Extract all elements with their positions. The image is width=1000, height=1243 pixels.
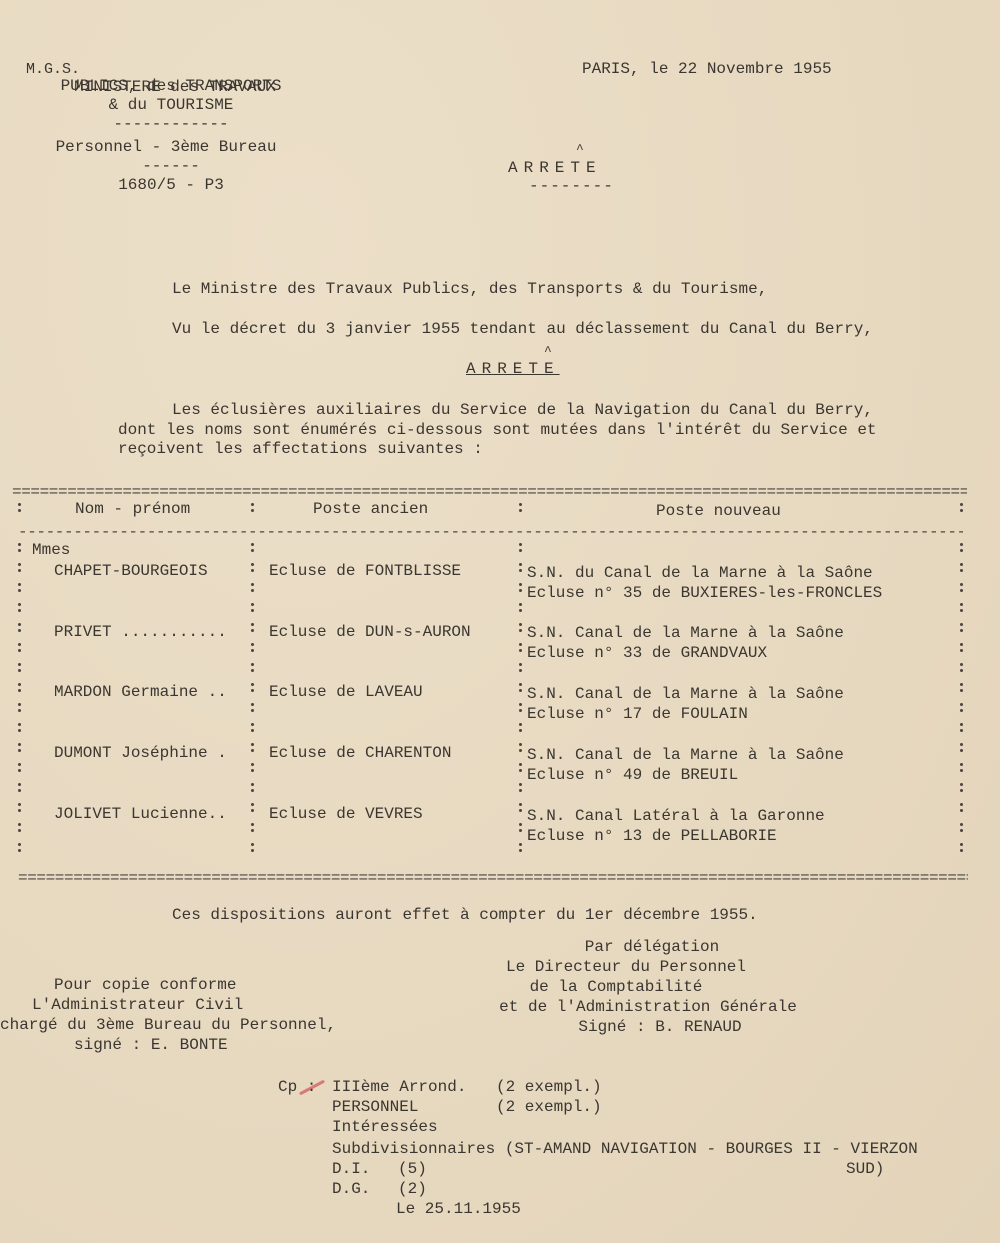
separator-dot xyxy=(251,569,254,572)
separator-dot xyxy=(18,769,21,772)
separator-dot xyxy=(18,703,21,706)
separator-dot xyxy=(18,689,21,692)
separator-dot xyxy=(519,663,522,666)
row-new-post-line-2: Ecluse n° 33 de GRANDVAUX xyxy=(527,643,767,663)
separator-dot xyxy=(960,663,963,666)
separator-dot xyxy=(960,723,963,726)
document-page: M.G.S. MINISTERE des TRAVAUX PUBLICS, de… xyxy=(0,0,1000,1243)
separator-dot xyxy=(519,689,522,692)
separator-dot xyxy=(960,629,963,632)
signature-right-line-3: de la Comptabilité xyxy=(416,977,816,997)
separator-dot xyxy=(960,783,963,786)
separator-dot xyxy=(18,549,21,552)
separator-dot xyxy=(251,503,254,506)
separator-dot xyxy=(18,503,21,506)
department-label: Personnel - 3ème Bureau xyxy=(25,137,307,157)
separator-dot xyxy=(251,729,254,732)
separator-dot xyxy=(251,749,254,752)
place-and-date: PARIS, le 22 Novembre 1955 xyxy=(582,59,832,79)
column-header-old-post: Poste ancien xyxy=(313,499,428,519)
row-name: JOLIVET Lucienne.. xyxy=(54,804,227,824)
separator-dot xyxy=(519,743,522,746)
separator-dot xyxy=(519,829,522,832)
separator-dot xyxy=(18,623,21,626)
separator-dot xyxy=(251,789,254,792)
copies-count-1: (2 exempl.) xyxy=(496,1077,602,1097)
separator-dot xyxy=(519,789,522,792)
separator-dot xyxy=(519,623,522,626)
column-header-new-post: Poste nouveau xyxy=(656,501,781,521)
signature-left-line-1: Pour copie conforme xyxy=(54,975,236,995)
row-old-post: Ecluse de FONTBLISSE xyxy=(269,561,461,581)
separator-dot xyxy=(251,843,254,846)
row-name: DUMONT Joséphine . xyxy=(54,743,227,763)
separator-dot xyxy=(251,609,254,612)
preamble: Le Ministre des Travaux Publics, des Tra… xyxy=(172,279,767,299)
separator-dot xyxy=(960,589,963,592)
separator-dot xyxy=(960,549,963,552)
column-header-name: Nom - prénom xyxy=(75,499,190,519)
separator-dot xyxy=(519,649,522,652)
separator-dot xyxy=(519,543,522,546)
row-new-post-line-2: Ecluse n° 13 de PELLABORIE xyxy=(527,826,777,846)
separator-dot xyxy=(960,543,963,546)
document-type: ARRETE xyxy=(508,158,602,178)
separator-dot xyxy=(251,689,254,692)
separator-dot xyxy=(960,603,963,606)
separator-dot xyxy=(960,849,963,852)
copies-label: Cp : xyxy=(278,1077,316,1097)
separator-dot xyxy=(251,809,254,812)
separator-dot xyxy=(251,763,254,766)
separator-dot xyxy=(251,549,254,552)
considering-clause: Vu le décret du 3 janvier 1955 tendant a… xyxy=(172,319,873,339)
separator-dot xyxy=(18,809,21,812)
separator-dot xyxy=(18,729,21,732)
effective-date-statement: Ces dispositions auront effet à compter … xyxy=(172,905,758,925)
separator-dot xyxy=(960,823,963,826)
separator-dot xyxy=(251,803,254,806)
separator-dot xyxy=(18,683,21,686)
separator-dot xyxy=(18,609,21,612)
separator-dot xyxy=(251,829,254,832)
separator-dot xyxy=(960,709,963,712)
row-old-post: Ecluse de VEVRES xyxy=(269,804,423,824)
separator-dot xyxy=(251,723,254,726)
row-old-post: Ecluse de LAVEAU xyxy=(269,682,423,702)
row-old-post: Ecluse de CHARENTON xyxy=(269,743,451,763)
separator-dot xyxy=(960,689,963,692)
separator-dot xyxy=(18,789,21,792)
signature-right-line-2: Le Directeur du Personnel xyxy=(426,957,826,977)
separator-dot xyxy=(960,563,963,566)
copies-date: Le 25.11.1955 xyxy=(396,1199,521,1219)
row-name: PRIVET ........... xyxy=(54,622,227,642)
separator-dot xyxy=(251,769,254,772)
separator-dot xyxy=(960,643,963,646)
row-new-post-line-1: S.N. Canal Latéral à la Garonne xyxy=(527,806,825,826)
separator-dot xyxy=(960,763,963,766)
separator-dot xyxy=(960,803,963,806)
separator-dot xyxy=(960,843,963,846)
separator-dot xyxy=(960,809,963,812)
decree-heading: ARRETE xyxy=(466,359,560,379)
separator-dot xyxy=(519,643,522,646)
reference-number: 1680/5 - P3 xyxy=(30,175,312,195)
header-separator-1: ------------ xyxy=(30,114,312,134)
intro-line-2: dont les noms sont énumérés ci-dessous s… xyxy=(118,420,877,440)
signature-left-line-2: L'Administrateur Civil xyxy=(32,995,243,1015)
row-name: MARDON Germaine .. xyxy=(54,682,227,702)
separator-dot xyxy=(251,589,254,592)
row-new-post-line-1: S.N. Canal de la Marne à la Saône xyxy=(527,623,844,643)
separator-dot xyxy=(960,609,963,612)
separator-dot xyxy=(519,823,522,826)
separator-dot xyxy=(18,723,21,726)
separator-dot xyxy=(251,623,254,626)
separator-dot xyxy=(519,509,522,512)
separator-dot xyxy=(251,683,254,686)
separator-dot xyxy=(18,743,21,746)
separator-dot xyxy=(18,589,21,592)
row-new-post-line-2: Ecluse n° 35 de BUXIERES-les-FRONCLES xyxy=(527,583,882,603)
separator-dot xyxy=(251,663,254,666)
separator-dot xyxy=(519,629,522,632)
separator-dot xyxy=(960,743,963,746)
row-new-post-line-1: S.N. Canal de la Marne à la Saône xyxy=(527,745,844,765)
separator-dot xyxy=(18,583,21,586)
separator-dot xyxy=(960,683,963,686)
signature-right-line-5: Signé : B. RENAUD xyxy=(460,1017,860,1037)
separator-dot xyxy=(251,603,254,606)
separator-dot xyxy=(18,669,21,672)
copies-line-6: D.G. xyxy=(332,1179,370,1199)
separator-dot xyxy=(18,763,21,766)
separator-dot xyxy=(519,569,522,572)
separator-dot xyxy=(251,563,254,566)
separator-dot xyxy=(519,763,522,766)
separator-dot xyxy=(251,823,254,826)
signature-left-line-4: signé : E. BONTE xyxy=(74,1035,228,1055)
separator-dot xyxy=(519,809,522,812)
separator-dot xyxy=(960,569,963,572)
row-new-post-line-1: S.N. du Canal de la Marne à la Saône xyxy=(527,563,873,583)
separator-dot xyxy=(18,563,21,566)
separator-dot xyxy=(251,669,254,672)
separator-dot xyxy=(960,623,963,626)
ministry-line-2: PUBLICS, des TRANSPORTS xyxy=(30,76,312,96)
separator-dot xyxy=(251,629,254,632)
separator-dot xyxy=(960,703,963,706)
separator-dot xyxy=(519,843,522,846)
separator-dot xyxy=(519,683,522,686)
separator-dot xyxy=(18,649,21,652)
separator-dot xyxy=(519,723,522,726)
separator-dot xyxy=(251,709,254,712)
document-type-underline: -------- xyxy=(529,176,614,196)
signature-right-line-4: et de l'Administration Générale xyxy=(448,997,848,1017)
separator-dot xyxy=(18,603,21,606)
separator-dot xyxy=(251,783,254,786)
table-top-rule: ========================================… xyxy=(12,484,967,500)
separator-dot xyxy=(18,823,21,826)
circumflex-mark: ^ xyxy=(576,140,584,160)
separator-dot xyxy=(960,509,963,512)
separator-dot xyxy=(251,643,254,646)
separator-dot xyxy=(18,843,21,846)
separator-dot xyxy=(519,503,522,506)
separator-dot xyxy=(519,709,522,712)
separator-dot xyxy=(251,849,254,852)
separator-dot xyxy=(251,743,254,746)
separator-dot xyxy=(18,829,21,832)
copies-continuation: SUD) xyxy=(846,1159,884,1179)
copies-line-4: Subdivisionnaires (ST-AMAND NAVIGATION -… xyxy=(332,1139,918,1159)
table-bottom-rule: ========================================… xyxy=(18,870,968,886)
intro-line-3: reçoivent les affectations suivantes : xyxy=(118,439,483,459)
separator-dot xyxy=(251,703,254,706)
copies-count-2: (2 exempl.) xyxy=(496,1097,602,1117)
separator-dot xyxy=(18,663,21,666)
separator-dot xyxy=(251,543,254,546)
separator-dot xyxy=(519,549,522,552)
separator-dot xyxy=(251,583,254,586)
signature-left-line-3: chargé du 3ème Bureau du Personnel, xyxy=(0,1015,336,1035)
separator-dot xyxy=(251,509,254,512)
row-old-post: Ecluse de DUN-s-AURON xyxy=(269,622,471,642)
separator-dot xyxy=(18,629,21,632)
copies-line-2: PERSONNEL xyxy=(332,1097,418,1117)
separator-dot xyxy=(519,703,522,706)
copies-count-4: (2) xyxy=(398,1179,427,1199)
copies-count-3: (5) xyxy=(398,1159,427,1179)
copies-line-3: Intéressées xyxy=(332,1117,438,1137)
separator-dot xyxy=(18,709,21,712)
separator-dot xyxy=(960,503,963,506)
separator-dot xyxy=(960,829,963,832)
row-new-post-line-2: Ecluse n° 49 de BREUIL xyxy=(527,765,738,785)
row-new-post-line-2: Ecluse n° 17 de FOULAIN xyxy=(527,704,748,724)
separator-dot xyxy=(519,729,522,732)
separator-dot xyxy=(18,849,21,852)
separator-dot xyxy=(519,669,522,672)
signature-right-line-1: Par délégation xyxy=(452,937,852,957)
separator-dot xyxy=(960,669,963,672)
separator-dot xyxy=(960,769,963,772)
separator-dot xyxy=(251,649,254,652)
separator-dot xyxy=(519,769,522,772)
separator-dot xyxy=(960,789,963,792)
separator-dot xyxy=(18,803,21,806)
separator-dot xyxy=(960,729,963,732)
row-name: CHAPET-BOURGEOIS xyxy=(54,561,208,581)
separator-dot xyxy=(960,649,963,652)
salutation: Mmes xyxy=(32,540,70,560)
separator-dot xyxy=(519,749,522,752)
intro-line-1: Les éclusières auxiliaires du Service de… xyxy=(172,400,873,420)
separator-dot xyxy=(960,583,963,586)
header-separator-2: ------ xyxy=(30,156,312,176)
separator-dot xyxy=(18,509,21,512)
separator-dot xyxy=(519,609,522,612)
separator-dot xyxy=(519,563,522,566)
separator-dot xyxy=(519,849,522,852)
separator-dot xyxy=(519,783,522,786)
separator-dot xyxy=(519,803,522,806)
copies-line-1: IIIème Arrond. xyxy=(332,1077,466,1097)
separator-dot xyxy=(960,749,963,752)
copies-line-5: D.I. xyxy=(332,1159,370,1179)
separator-dot xyxy=(18,543,21,546)
separator-dot xyxy=(18,569,21,572)
separator-dot xyxy=(18,783,21,786)
separator-dot xyxy=(519,589,522,592)
table-header-rule: ----------------------------------------… xyxy=(18,524,963,540)
separator-dot xyxy=(18,643,21,646)
separator-dot xyxy=(18,749,21,752)
ministry-line-3: & du TOURISME xyxy=(30,95,312,115)
separator-dot xyxy=(519,603,522,606)
separator-dot xyxy=(519,583,522,586)
row-new-post-line-1: S.N. Canal de la Marne à la Saône xyxy=(527,684,844,704)
